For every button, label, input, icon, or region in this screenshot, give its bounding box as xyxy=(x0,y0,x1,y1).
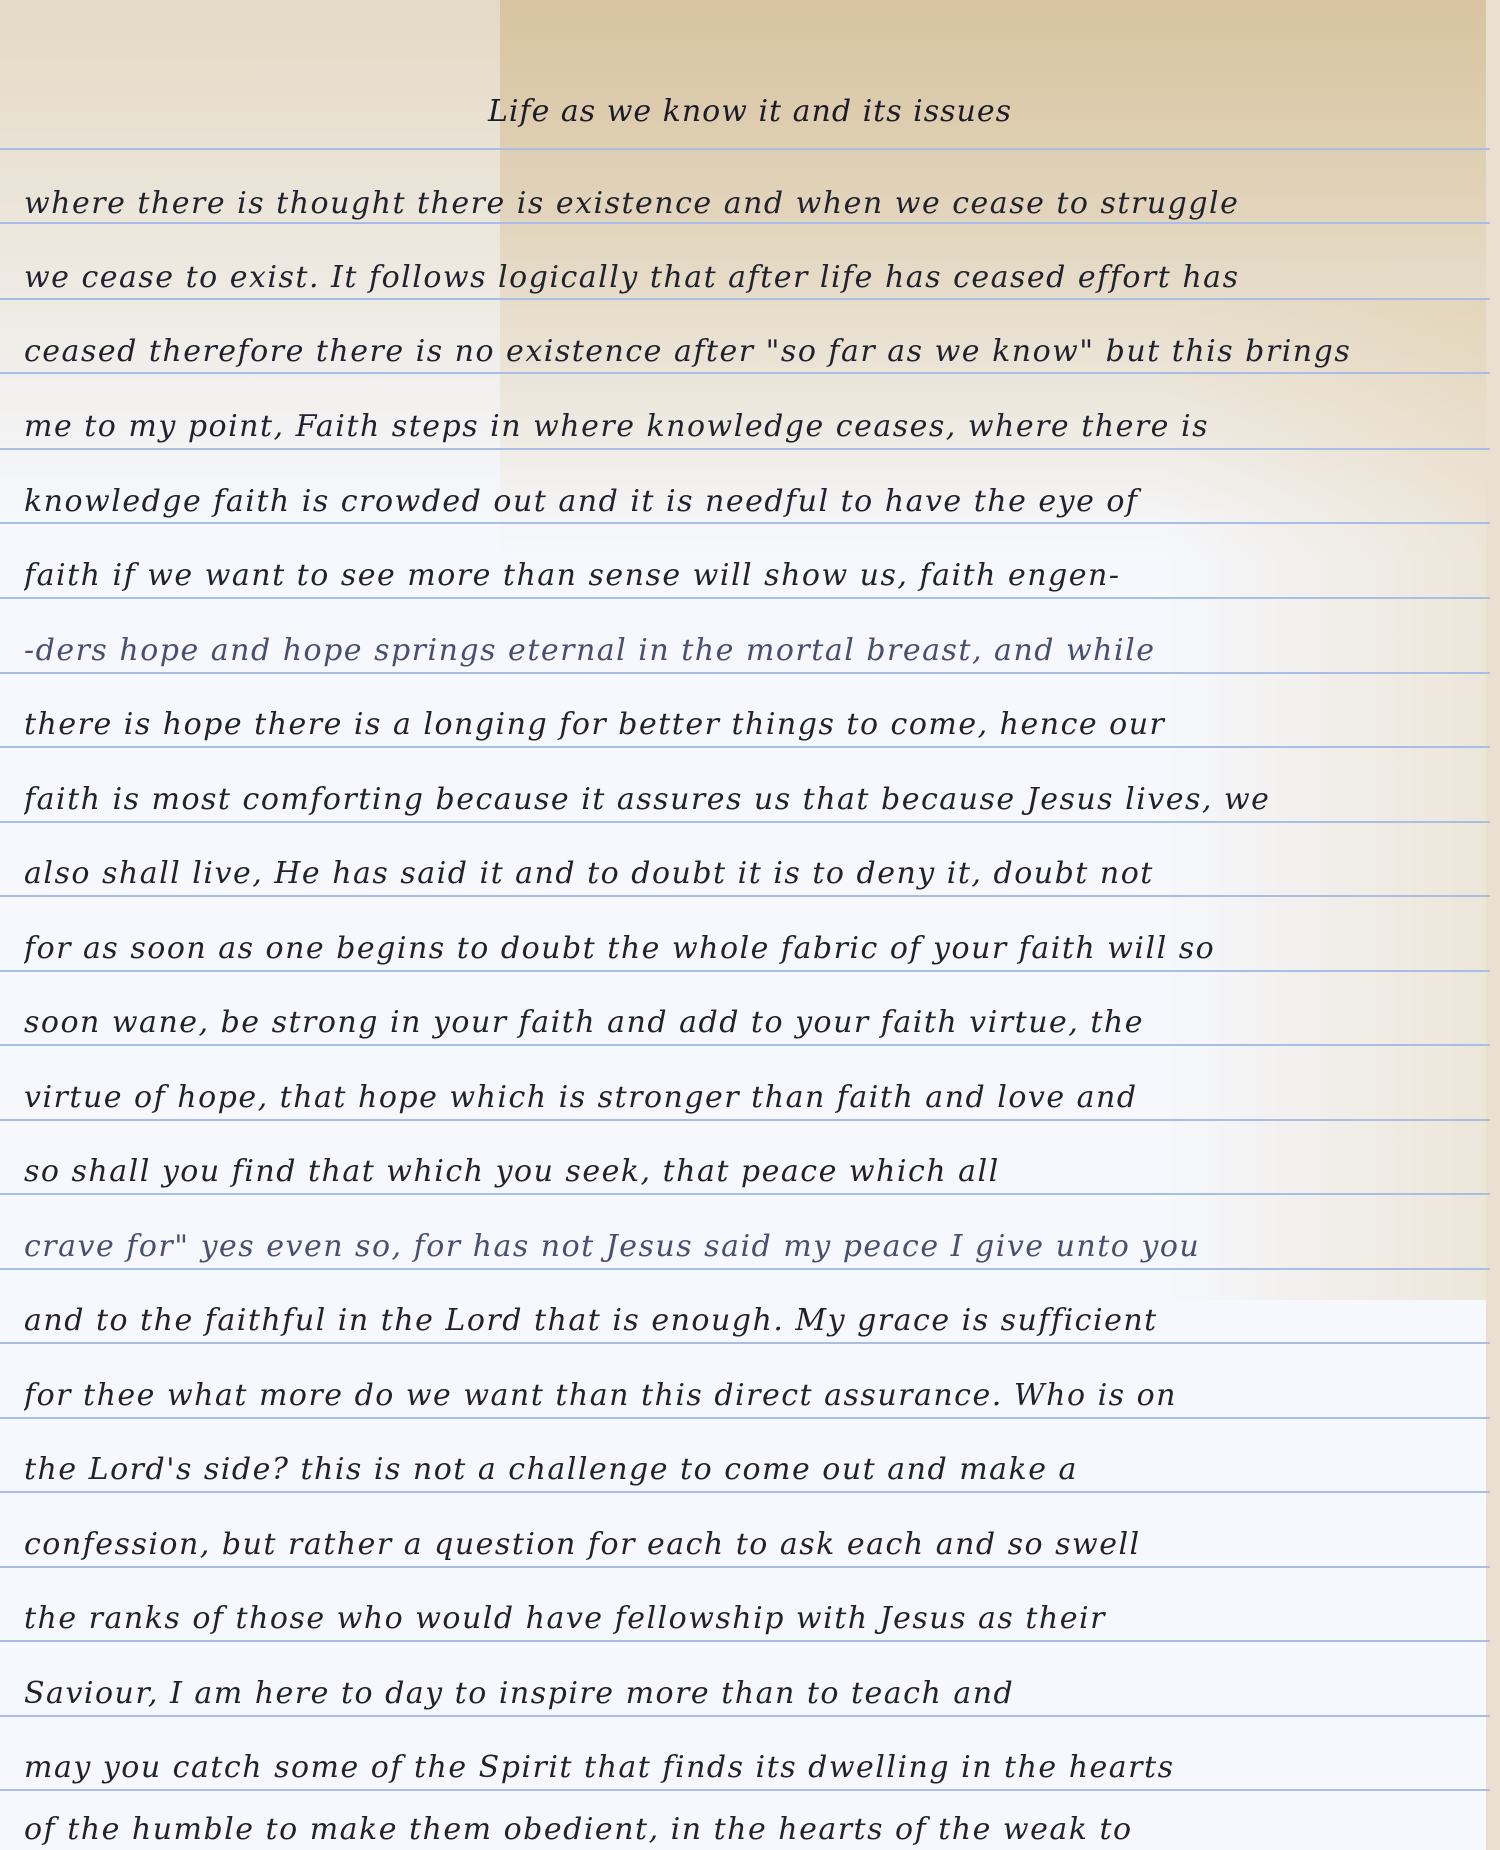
ruled-line xyxy=(0,1715,1490,1717)
text-line: faith if we want to see more than sense … xyxy=(24,558,1464,593)
ruled-line xyxy=(0,746,1490,748)
ruled-line xyxy=(0,1268,1490,1270)
ruled-line xyxy=(0,1044,1490,1046)
text-line: the Lord's side? this is not a challenge… xyxy=(24,1452,1464,1487)
ruled-line xyxy=(0,1119,1490,1121)
ruled-line xyxy=(0,1640,1490,1642)
ruled-line xyxy=(0,970,1490,972)
text-line: confession, but rather a question for ea… xyxy=(24,1527,1464,1562)
text-line: knowledge faith is crowded out and it is… xyxy=(24,484,1464,519)
handwritten-page: Life as we know it and its issues where … xyxy=(0,0,1500,1850)
ruled-line xyxy=(0,1342,1490,1344)
text-line: Saviour, I am here to day to inspire mor… xyxy=(24,1676,1464,1711)
text-line: the ranks of those who would have fellow… xyxy=(24,1601,1464,1636)
text-line: we cease to exist. It follows logically … xyxy=(24,260,1464,295)
text-line: and to the faithful in the Lord that is … xyxy=(24,1303,1464,1338)
ruled-line xyxy=(0,222,1490,224)
text-line: -ders hope and hope springs eternal in t… xyxy=(24,633,1464,668)
text-line: may you catch some of the Spirit that fi… xyxy=(24,1750,1464,1785)
ruled-line xyxy=(0,522,1490,524)
ruled-line xyxy=(0,1193,1490,1195)
text-line: ceased therefore there is no existence a… xyxy=(24,334,1464,369)
text-line: of the humble to make them obedient, in … xyxy=(24,1812,1464,1847)
ruled-line xyxy=(0,298,1490,300)
text-line: virtue of hope, that hope which is stron… xyxy=(24,1080,1464,1115)
text-line: there is hope there is a longing for bet… xyxy=(24,707,1464,742)
ruled-line xyxy=(0,372,1490,374)
text-line: so shall you find that which you seek, t… xyxy=(24,1154,1464,1189)
ruled-line xyxy=(0,1417,1490,1419)
page-title: Life as we know it and its issues xyxy=(0,94,1500,129)
text-line: for thee what more do we want than this … xyxy=(24,1378,1464,1413)
text-line: where there is thought there is existenc… xyxy=(24,186,1464,221)
ruled-line xyxy=(0,448,1490,450)
text-line: also shall live, He has said it and to d… xyxy=(24,856,1464,891)
ruled-line xyxy=(0,1789,1490,1791)
ruled-line xyxy=(0,1566,1490,1568)
ruled-line xyxy=(0,597,1490,599)
text-line: for as soon as one begins to doubt the w… xyxy=(24,931,1464,966)
ruled-line xyxy=(0,821,1490,823)
ruled-line xyxy=(0,895,1490,897)
ruled-line xyxy=(0,148,1490,150)
text-line: me to my point, Faith steps in where kno… xyxy=(24,409,1464,444)
text-line: faith is most comforting because it assu… xyxy=(24,782,1464,817)
text-line: crave for" yes even so, for has not Jesu… xyxy=(24,1229,1464,1264)
ruled-line xyxy=(0,1491,1490,1493)
ruled-line xyxy=(0,672,1490,674)
page-edge xyxy=(1486,0,1500,1850)
text-line: soon wane, be strong in your faith and a… xyxy=(24,1005,1464,1040)
